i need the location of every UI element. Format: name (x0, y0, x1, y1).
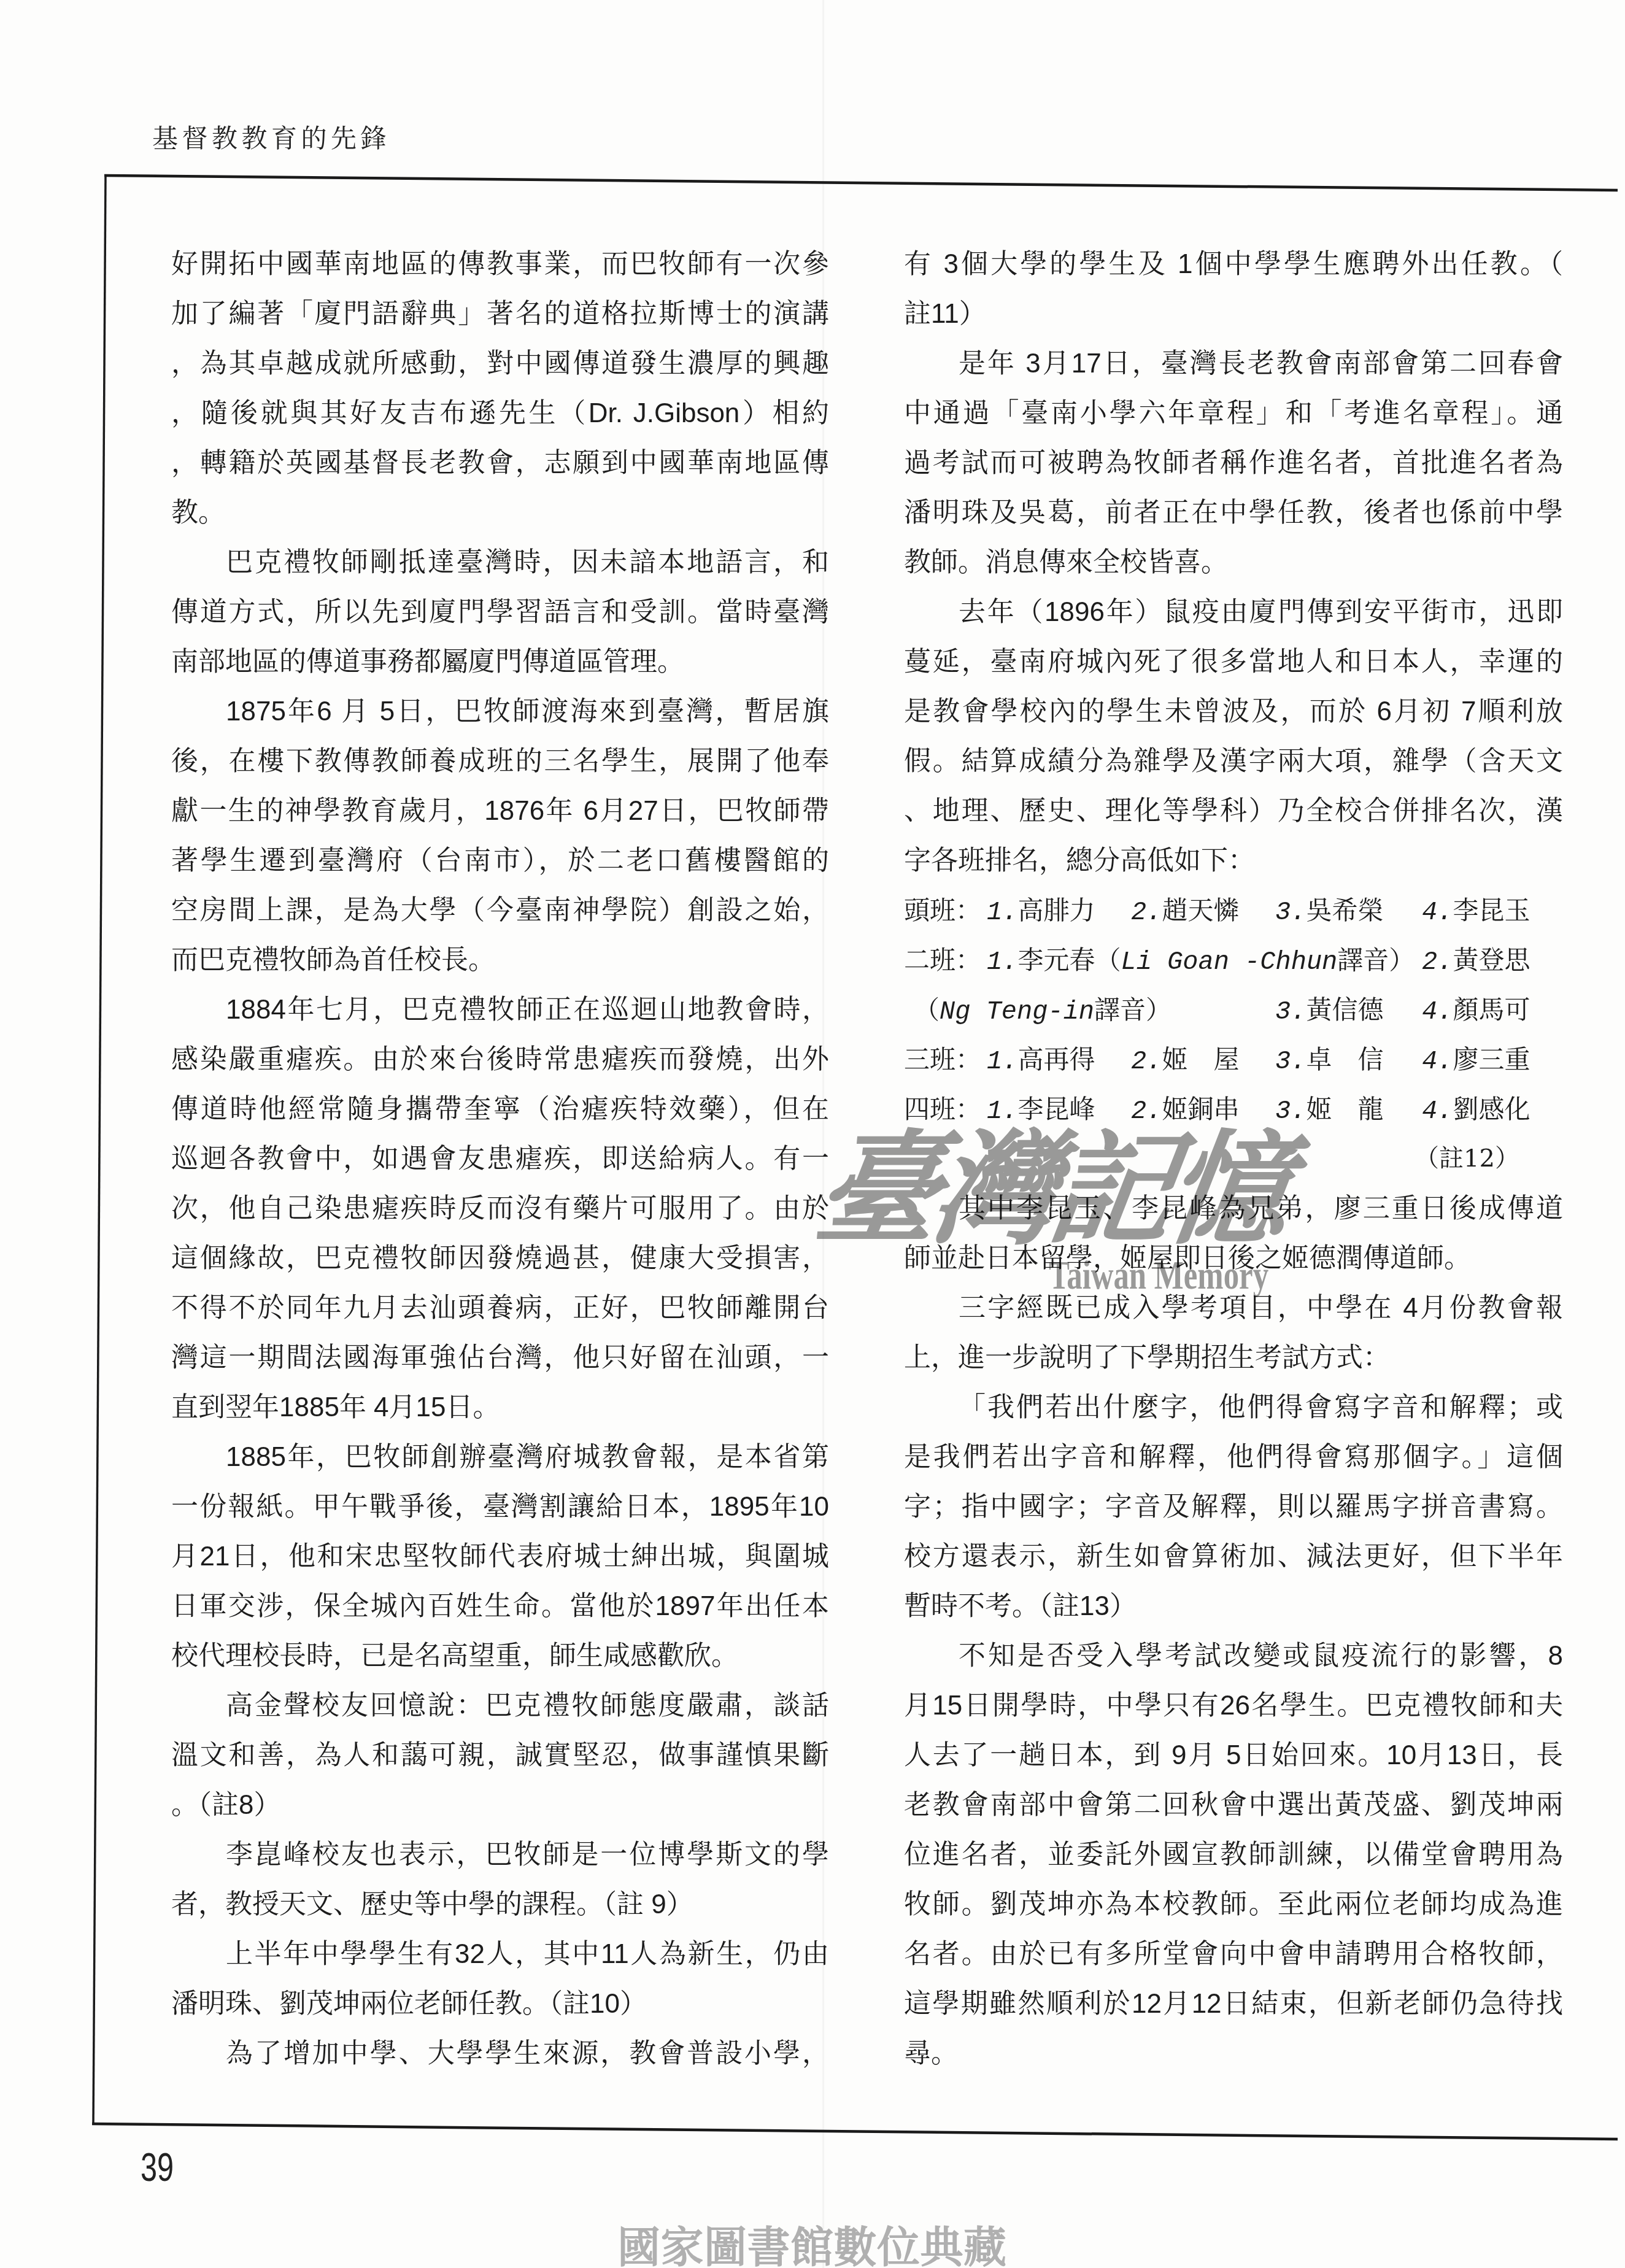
text-line: 這學期雖然順利於12月12日結束，但新老師仍急待找 (904, 1979, 1563, 2029)
ranking-item: 2.黃登思 (1422, 935, 1530, 985)
text-line: 校方還表示，新生如會算術加、減法更好，但下半年 (904, 1532, 1563, 1581)
text-line: 字各班排名，總分高低如下： (904, 836, 1563, 885)
text-line: 是我們若出字音和解釋，他們得會寫那個字。」這個 (904, 1432, 1563, 1482)
rank-number: 4. (1422, 898, 1453, 927)
ranking-item: 4.李昆玉 (1422, 885, 1530, 935)
frame-left-rule (93, 174, 106, 2124)
text-line: 傳道時他經常隨身攜帶奎寧（治瘧疾特效藥），但在 (171, 1084, 829, 1134)
ranking-class-label: 頭班： (904, 885, 981, 935)
text-line: 而巴克禮牧師為首任校長。 (171, 935, 829, 985)
student-name: 劉感化 (1453, 1094, 1530, 1124)
rank-number: 3. (1275, 997, 1306, 1027)
rank-number: 2. (1422, 947, 1453, 977)
text-line: 蔓延，臺南府城內死了很多當地人和日本人，幸運的 (904, 637, 1563, 687)
text-line: 獻一生的神學教育歲月，1876年 6月27日，巴牧師帶 (171, 786, 829, 836)
ranking-class-label: 三班： (904, 1035, 981, 1084)
text-line: ，轉籍於英國基督長老教會，志願到中國華南地區傳 (171, 438, 829, 488)
text-line: 人去了一趟日本，到 9月 5日始回來。10月13日，長 (904, 1730, 1563, 1780)
footnote-ref-line: 潘明珠、劉茂坤兩位老師任教。（註10） (171, 1979, 829, 2029)
rank-number: 2. (1131, 898, 1162, 927)
text-line: 月21日，他和宋忠堅牧師代表府城士紳出城，與圍城 (171, 1532, 829, 1581)
text-line: 月15日開學時，中學只有26名學生。巴克禮牧師和夫 (904, 1681, 1563, 1730)
rank-number: 4. (1422, 1047, 1453, 1076)
paragraph-start-line: 李崑峰校友也表示，巴牧師是一位博學斯文的學 (171, 1830, 829, 1880)
ranking-item: 1.高再得 (987, 1035, 1095, 1084)
rank-number: 4. (1422, 997, 1453, 1027)
text-line: 過考試而可被聘為牧師者稱作進名者，首批進名者為 (904, 438, 1563, 488)
text-line: 教。 (171, 488, 829, 538)
ranking-item: 3.黃信德 (1275, 985, 1383, 1035)
paragraph-start-line: 「我們若出什麼字，他們得會寫字音和解釋；或 (904, 1383, 1563, 1432)
text-line: ，為其卓越成就所感動，對中國傳道發生濃厚的興趣 (171, 339, 829, 388)
taiwan-memory-watermark-english: Taiwan Memory (1049, 1255, 1268, 1296)
text-line: 老教會南部中會第二回秋會中選出黃茂盛、劉茂坤兩 (904, 1780, 1563, 1830)
frame-top-rule (104, 175, 1618, 190)
text-line: 位進名者，並委託外國宣教師訓練，以備堂會聘用為 (904, 1830, 1563, 1880)
footnote-ref-line: 者，教授天文、歷史等中學的課程。（註 9） (171, 1880, 829, 1929)
frame-bottom-rule (92, 2124, 1618, 2139)
student-name: 卓 信 (1306, 1044, 1383, 1074)
page-number: 39 (141, 2148, 174, 2187)
student-name: 高腓力 (1017, 895, 1095, 925)
ranking-class-label: 二班： (904, 935, 981, 985)
text-line: 上，進一步說明了下學期招生考試方式： (904, 1333, 1563, 1383)
text-line: 潘明珠及吳葛，前者正在中學任教，後者也係前中學 (904, 488, 1563, 538)
transliteration-open: （ (914, 995, 940, 1025)
text-line: 傳道方式，所以先到廈門學習語言和受訓。當時臺灣 (171, 587, 829, 637)
paragraph-start-line: 1885年，巴牧師創辦臺灣府城教會報，是本省第 (171, 1432, 829, 1482)
rank-number: 3. (1275, 898, 1306, 927)
text-line: 字；指中國字；字音及解釋，則以羅馬字拼音書寫。 (904, 1482, 1563, 1532)
rank-number: 4. (1422, 1097, 1453, 1126)
paragraph-start-line: 是年 3月17日，臺灣長老教會南部會第二回春會 (904, 339, 1563, 388)
text-line: 這個緣故，巴克禮牧師因發燒過甚，健康大受損害， (171, 1233, 829, 1283)
text-line: 是教會學校內的學生未曾波及，而於 6月初 7順利放 (904, 687, 1563, 736)
rank-number: 2. (1131, 1047, 1162, 1076)
transliteration-note: （Ng Teng-in譯音） (914, 985, 1171, 1035)
rank-number: 3. (1275, 1047, 1306, 1076)
footnote-ref-line: 暫時不考。（註13） (904, 1581, 1563, 1631)
text-line: 不得不於同年九月去汕頭養病，正好，巴牧師離開台 (171, 1283, 829, 1333)
ranking-item: 1.高腓力 (987, 885, 1095, 935)
ranking-item: 3.吳希榮 (1275, 885, 1383, 935)
ranking-item: 2.趙天憐 (1131, 885, 1239, 935)
paragraph-start-line: 高金聲校友回憶說：巴克禮牧師態度嚴肅，談話 (171, 1681, 829, 1730)
ranking-item: 1.李元春（Li Goan -Chhun譯音） (987, 935, 1415, 985)
ranking-item: 4.廖三重 (1422, 1035, 1530, 1084)
student-name: 高再得 (1017, 1044, 1095, 1074)
paragraph-start-line: 不知是否受入學考試改變或鼠疫流行的影響，8 (904, 1631, 1563, 1681)
text-line: 教師。消息傳來全校皆喜。 (904, 538, 1563, 587)
text-line: 有 3個大學的學生及 1個中學學生應聘外出任教。（ (904, 239, 1563, 289)
paragraph-start-line: 為了增加中學、大學學生來源，教會普設小學， (171, 2029, 829, 2078)
text-line: 直到翌年1885年 4月15日。 (171, 1383, 829, 1432)
student-name: 黃信德 (1306, 995, 1383, 1025)
student-name: 顏馬可 (1453, 995, 1530, 1025)
student-name: 李元春 (1017, 945, 1095, 975)
text-line: 日軍交涉，保全城內百姓生命。當他於1897年出任本 (171, 1581, 829, 1631)
text-line: 空房間上課，是為大學（今臺南神學院）創設之始， (171, 885, 829, 935)
text-line: 名者。由於已有多所堂會向中會申請聘用合格牧師， (904, 1929, 1563, 1979)
ranking-item: 4.劉感化 (1422, 1084, 1530, 1134)
text-line: 中通過「臺南小學六年章程」和「考進名章程」。通 (904, 388, 1563, 438)
text-line: 好開拓中國華南地區的傳教事業，而巴牧師有一次參 (171, 239, 829, 289)
text-line: 假。結算成績分為雜學及漢字兩大項，雜學（含天文 (904, 736, 1563, 786)
ranking-row-second-class: 二班： 1.李元春（Li Goan -Chhun譯音） 2.黃登思 (904, 935, 1563, 985)
left-text-column: 好開拓中國華南地區的傳教事業，而巴牧師有一次參 加了編著「廈門語辭典」著名的道格… (171, 239, 829, 2078)
paragraph-start-line: 1875年6 月 5日，巴牧師渡海來到臺灣，暫居旗 (171, 687, 829, 736)
rank-number: 1. (987, 947, 1017, 977)
text-line: 感染嚴重瘧疾。由於來台後時常患瘧疾而發燒，出外 (171, 1035, 829, 1084)
text-line: 溫文和善，為人和藹可親，誠實堅忍，做事謹慎果斷 (171, 1730, 829, 1780)
text-line: ，隨後就與其好友吉布遜先生（Dr. J.Gibson）相約 (171, 388, 829, 438)
paragraph-start-line: 去年（1896年）鼠疫由廈門傳到安平街市，迅即 (904, 587, 1563, 637)
transliteration-close: 譯音） (1094, 995, 1171, 1025)
text-line: 加了編著「廈門語辭典」著名的道格拉斯博士的演講 (171, 289, 829, 339)
ranking-item: 2.姬 屋 (1131, 1035, 1239, 1084)
paragraph-start-line: 1884年七月，巴克禮牧師正在巡迴山地教會時， (171, 985, 829, 1035)
text-line: 、地理、歷史、理化等學科）乃全校合併排名次，漢 (904, 786, 1563, 836)
footnote-ref-line: 註11） (904, 289, 1563, 339)
taiwan-memory-watermark-chinese: 臺灣記憶 (809, 1128, 1292, 1251)
paragraph-start-line: 巴克禮牧師剛抵達臺灣時，因未諳本地語言，和 (171, 538, 829, 587)
scanned-book-page: 基督教教育的先鋒 好開拓中國華南地區的傳教事業，而巴牧師有一次參 加了編著「廈門… (0, 0, 1625, 2268)
text-line: 巡迴各教會中，如遇會友患瘧疾，即送給病人。有一 (171, 1134, 829, 1184)
ranking-row-third-class: 三班： 1.高再得 2.姬 屋 3.卓 信 4.廖三重 (904, 1035, 1563, 1084)
text-line: 牧師。劉茂坤亦為本校教師。至此兩位老師均成為進 (904, 1880, 1563, 1929)
student-name: 姬 龍 (1306, 1094, 1383, 1124)
rank-number: 1. (987, 1047, 1017, 1076)
transliteration-close: 譯音） (1337, 945, 1415, 975)
text-line: 後，在樓下教傳教師養成班的三名學生，展開了他奉 (171, 736, 829, 786)
student-name: 吳希榮 (1306, 895, 1383, 925)
transliteration-latin: Ng Teng-in (940, 997, 1094, 1027)
transliteration-open: （ (1095, 945, 1121, 975)
text-line: 灣這一期間法國海軍強佔台灣，他只好留在汕頭，一 (171, 1333, 829, 1383)
national-library-archive-watermark: 國家圖書館數位典藏 (617, 2226, 1007, 2268)
text-line: 一份報紙。甲午戰爭後，臺灣割讓給日本，1895年10 (171, 1482, 829, 1532)
paragraph-start-line: 上半年中學學生有32人，其中11人為新生，仍由 (171, 1929, 829, 1979)
transliteration-latin: Li Goan -Chhun (1121, 947, 1337, 977)
text-line: 尋。 (904, 2029, 1563, 2078)
ranking-row-second-class-continued: （Ng Teng-in譯音） 3.黃信德 4.顏馬可 (904, 985, 1563, 1035)
text-line: 南部地區的傳道事務都屬廈門傳道區管理。 (171, 637, 829, 687)
rank-number: 1. (987, 898, 1017, 927)
ranking-row-head-class: 頭班： 1.高腓力 2.趙天憐 3.吳希榮 4.李昆玉 (904, 885, 1563, 935)
text-line: 校代理校長時，已是名高望重，師生咸感歡欣。 (171, 1631, 829, 1681)
student-name: 李昆玉 (1453, 895, 1530, 925)
ranking-item: 3.卓 信 (1275, 1035, 1383, 1084)
student-name: 廖三重 (1453, 1044, 1530, 1074)
footnote-ref-line: 。（註8） (171, 1780, 829, 1830)
text-line: 著學生遷到臺灣府（台南市），於二老口舊樓醫館的 (171, 836, 829, 885)
student-name: 趙天憐 (1162, 895, 1239, 925)
student-name: 黃登思 (1453, 945, 1530, 975)
student-name: 姬 屋 (1162, 1044, 1239, 1074)
text-line: 次，他自己染患瘧疾時反而沒有藥片可服用了。由於 (171, 1184, 829, 1233)
ranking-item: 4.顏馬可 (1422, 985, 1530, 1035)
